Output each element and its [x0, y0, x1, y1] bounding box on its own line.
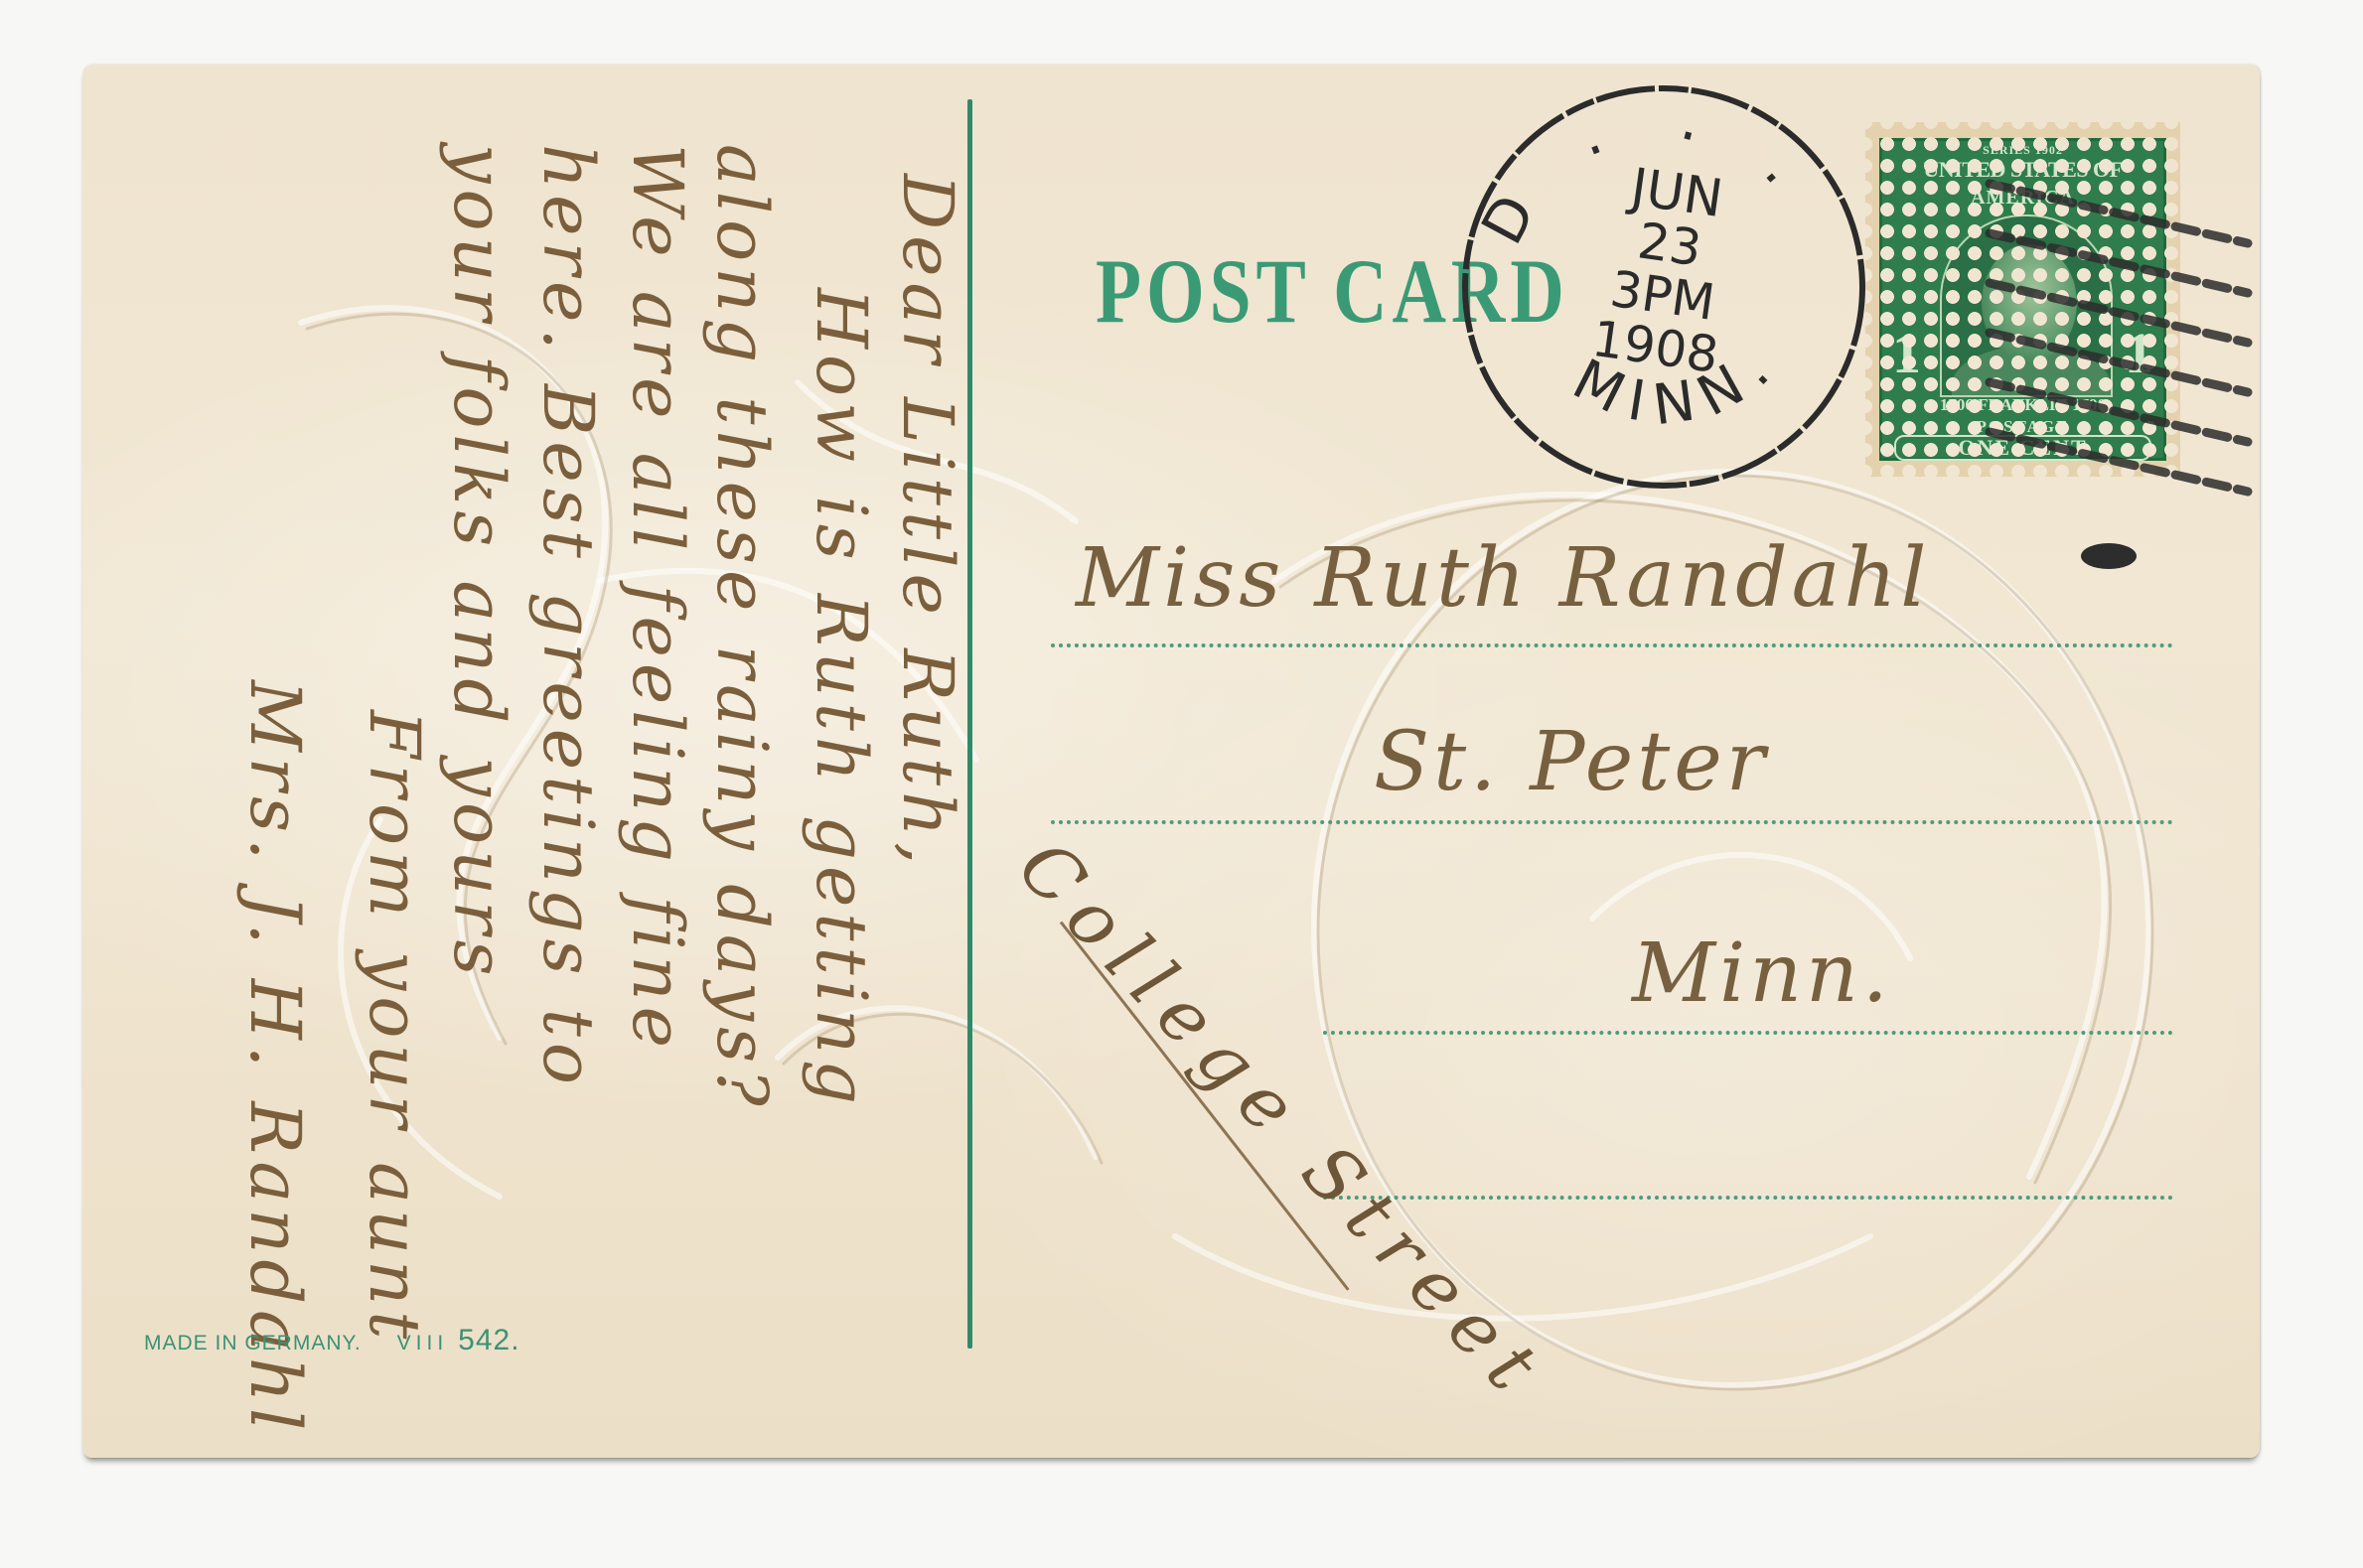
postcard-back: POST CARD Miss Ruth Randahl St. Peter Mi…	[82, 65, 2260, 1458]
address-line-4	[1323, 1196, 2173, 1200]
imprint-number: 542.	[458, 1324, 519, 1356]
stamp-denomination-right: 1	[2125, 320, 2153, 386]
address-line-2	[1051, 820, 2173, 824]
address-line-3	[1323, 1031, 2173, 1035]
recipient-city: St. Peter	[1374, 715, 1769, 809]
printer-imprint: MADE IN GERMANY.VIII542.	[144, 1324, 520, 1357]
stamp-country-2: AMERICA	[1882, 187, 2163, 210]
stamp-value: ONE CENT	[1894, 435, 2151, 461]
message-line: here. Best greetings to	[527, 144, 609, 1090]
message-line: We are all feeling fine	[617, 144, 698, 1054]
stamp-denomination-left: 1	[1892, 320, 1921, 386]
circular-postmark: D . . . MINN. JUN 23 3PM 1908	[1455, 78, 1872, 496]
address-line-1	[1051, 643, 2173, 647]
postage-stamp: SERIES 1902 UNITED STATES OF AMERICA 1 1…	[1865, 122, 2180, 477]
message-line: How is Ruth getting	[801, 288, 882, 1110]
message-line: Dear Little Ruth,	[887, 174, 968, 870]
message-line: your folks and yours	[438, 144, 519, 982]
imprint-series: VIII	[397, 1332, 449, 1354]
stamp-design: SERIES 1902 UNITED STATES OF AMERICA 1 1…	[1879, 138, 2166, 461]
portrait-frame	[1940, 214, 2113, 397]
recipient-street-note: College Street	[1001, 824, 1562, 1417]
made-in-germany-text: MADE IN GERMANY.	[144, 1332, 362, 1354]
recipient-name: Miss Ruth Randahl	[1076, 531, 1931, 626]
stamp-name-line: 1706 FRANKLIN 1790	[1882, 395, 2163, 415]
stamp-country: UNITED STATES OF	[1882, 157, 2163, 183]
recipient-state: Minn.	[1632, 927, 1892, 1021]
message-line: along these rainy days?	[701, 144, 783, 1112]
franklin-portrait-icon	[1982, 244, 2077, 361]
stamp-series: SERIES 1902	[1882, 143, 2163, 158]
message-line: From your aunt	[354, 710, 435, 1345]
stamp-postage: POSTAGE	[1882, 417, 2163, 437]
